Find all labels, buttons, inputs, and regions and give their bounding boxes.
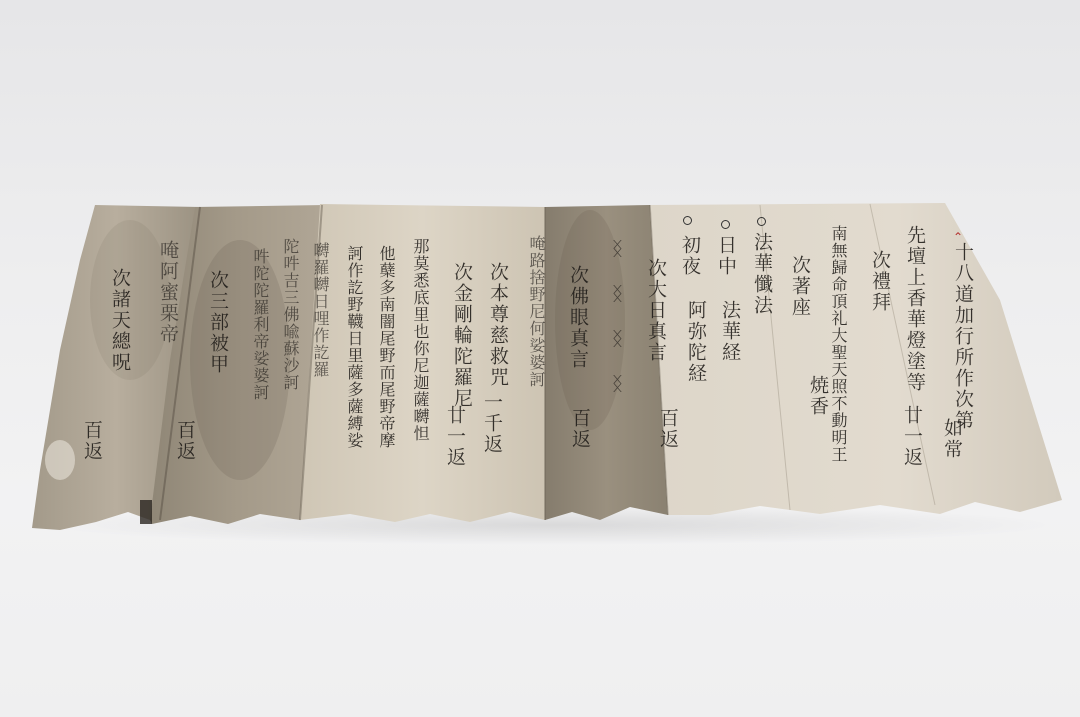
text-column: 廿一返 — [902, 405, 921, 468]
text-column: 他蘖多南闇尾野而尾野帝摩 — [378, 245, 394, 449]
text-column: 焼香 — [808, 375, 827, 417]
text-column: 百返 — [570, 408, 589, 450]
text-column: 法華懺法 — [752, 232, 771, 316]
text-column: 廿一返 — [445, 405, 464, 468]
text-column: 次諸天總呪 — [110, 268, 129, 373]
circle-mark — [757, 217, 766, 226]
text-column: 初夜 — [680, 235, 699, 277]
text-column: 日中 — [716, 235, 735, 277]
circle-mark — [721, 220, 730, 229]
text-column: 吽陀陀羅利帝娑婆訶 — [252, 248, 268, 401]
text-column: 陀吽吉三佛喩蘇沙訶 — [282, 238, 298, 391]
text-column: 嚩羅嚩日哩作訖羅 — [312, 242, 328, 378]
text-column: 百返 — [175, 420, 194, 462]
text-column: 次禮拜 — [870, 250, 889, 313]
text-column: 唵路捨野尼何娑婆訶 — [528, 235, 544, 388]
text-column: 次三部被甲 — [208, 270, 227, 375]
circle-mark — [683, 216, 692, 225]
text-column: 次佛眼真言 — [568, 265, 587, 370]
manuscript: ⌃ 十八道加行所作次第 先壇上香華燈塗等 如常 廿一返 次禮拜 南無歸命頂礼大聖… — [0, 0, 1080, 717]
text-column: 那莫悉底里也你尼迦薩嚩怛 — [412, 238, 428, 442]
text-column: 唵阿蜜栗帝 — [158, 240, 177, 345]
siddham-column: ᛝ ᛝ ᛝ ᛝ — [608, 240, 627, 396]
text-column: 如常 — [942, 418, 961, 460]
text-column: 百返 — [658, 408, 677, 450]
text-column: 次著座 — [790, 255, 809, 318]
text-column: 訶作訖野韈日里薩多薩縛娑 — [346, 245, 362, 449]
text-column: 次本尊慈救咒 — [488, 262, 507, 388]
text-column: 阿弥陀経 — [686, 300, 705, 384]
text-column: 先壇上香華燈塗等 — [905, 225, 924, 393]
text-column: 百返 — [82, 420, 101, 462]
text-column: 次大日真言 — [646, 258, 665, 363]
text-column: 南無歸命頂礼大聖天照不動明王 — [830, 225, 846, 463]
title-column: 十八道加行所作次第 — [953, 242, 972, 431]
text-column: 次金剛輪陀羅尼 — [452, 262, 471, 409]
text-column: 一千返 — [482, 392, 501, 455]
text-column: 法華経 — [720, 300, 739, 363]
